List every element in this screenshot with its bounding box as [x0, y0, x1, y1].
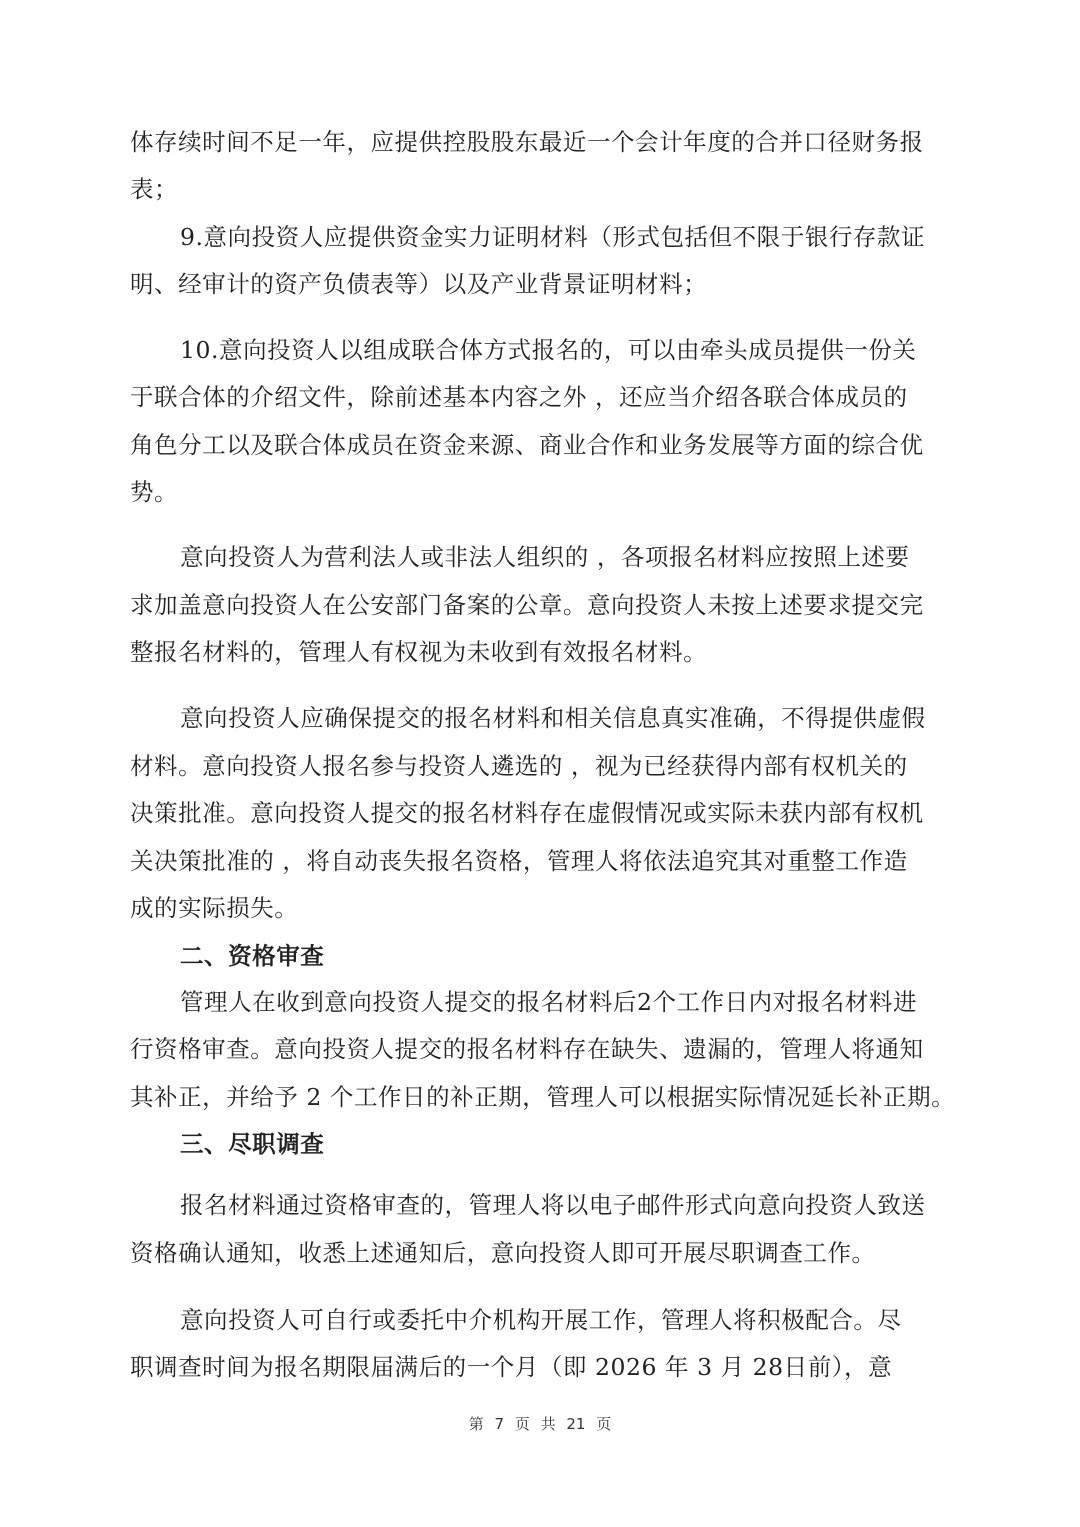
section-heading-due-diligence: 三、尽职调查 — [180, 1129, 964, 1159]
list-item-10-line: 角色分工以及联合体成员在资金来源、商业合作和业务发展等方面的综合优 — [130, 430, 964, 460]
paragraph-line: 意向投资人应确保提交的报名材料和相关信息真实准确，不得提供虚假 — [180, 703, 964, 733]
paragraph-line: 报名材料通过资格审查的，管理人将以电子邮件形式向意向投资人致送 — [180, 1190, 964, 1220]
paragraph-line: 资格确认通知，收悉上述通知后，意向投资人即可开展尽职调查工作。 — [130, 1238, 964, 1268]
paragraph-line: 职调查时间为报名期限届满后的一个月（即 2026 年 3 月 28日前），意 — [130, 1352, 964, 1382]
paragraph-line: 表； — [130, 174, 964, 204]
paragraph-line: 成的实际损失。 — [130, 893, 964, 923]
page-number-footer: 第 7 页 共 21 页 — [0, 1413, 1080, 1434]
paragraph-line: 行资格审查。意向投资人提交的报名材料存在缺失、遗漏的，管理人将通知 — [130, 1034, 964, 1064]
section-heading-qualification-review: 二、资格审查 — [180, 941, 964, 971]
paragraph-line: 体存续时间不足一年，应提供控股股东最近一个会计年度的合并口径财务报 — [130, 127, 964, 157]
list-item-10-line: 势。 — [130, 477, 964, 507]
paragraph-line: 意向投资人可自行或委托中介机构开展工作，管理人将积极配合。尽 — [180, 1305, 964, 1335]
list-item-9-line: 明、经审计的资产负债表等）以及产业背景证明材料； — [130, 269, 964, 299]
paragraph-line: 材料。意向投资人报名参与投资人遴选的 ，视为已经获得内部有权机关的 — [130, 751, 964, 781]
paragraph-line: 整报名材料的，管理人有权视为未收到有效报名材料。 — [130, 637, 964, 667]
paragraph-line: 意向投资人为营利法人或非法人组织的 ，各项报名材料应按照上述要 — [180, 542, 964, 572]
list-item-10-line: 于联合体的介绍文件，除前述基本内容之外 ，还应当介绍各联合体成员的 — [130, 382, 964, 412]
paragraph-line: 管理人在收到意向投资人提交的报名材料后2个工作日内对报名材料进 — [180, 987, 964, 1017]
paragraph-line: 其补正，并给予 2 个工作日的补正期，管理人可以根据实际情况延长补正期。 — [130, 1082, 964, 1112]
document-page: 体存续时间不足一年，应提供控股股东最近一个会计年度的合并口径财务报 表； 9.意… — [0, 0, 1080, 1527]
list-item-9-line: 9.意向投资人应提供资金实力证明材料（形式包括但不限于银行存款证 — [180, 222, 964, 252]
paragraph-line: 决策批准。意向投资人提交的报名材料存在虚假情况或实际未获内部有权机 — [130, 798, 964, 828]
list-item-10-line: 10.意向投资人以组成联合体方式报名的，可以由牵头成员提供一份关 — [180, 335, 964, 365]
paragraph-line: 求加盖意向投资人在公安部门备案的公章。意向投资人未按上述要求提交完 — [130, 590, 964, 620]
paragraph-line: 关决策批准的 ，将自动丧失报名资格，管理人将依法追究其对重整工作造 — [130, 846, 964, 876]
